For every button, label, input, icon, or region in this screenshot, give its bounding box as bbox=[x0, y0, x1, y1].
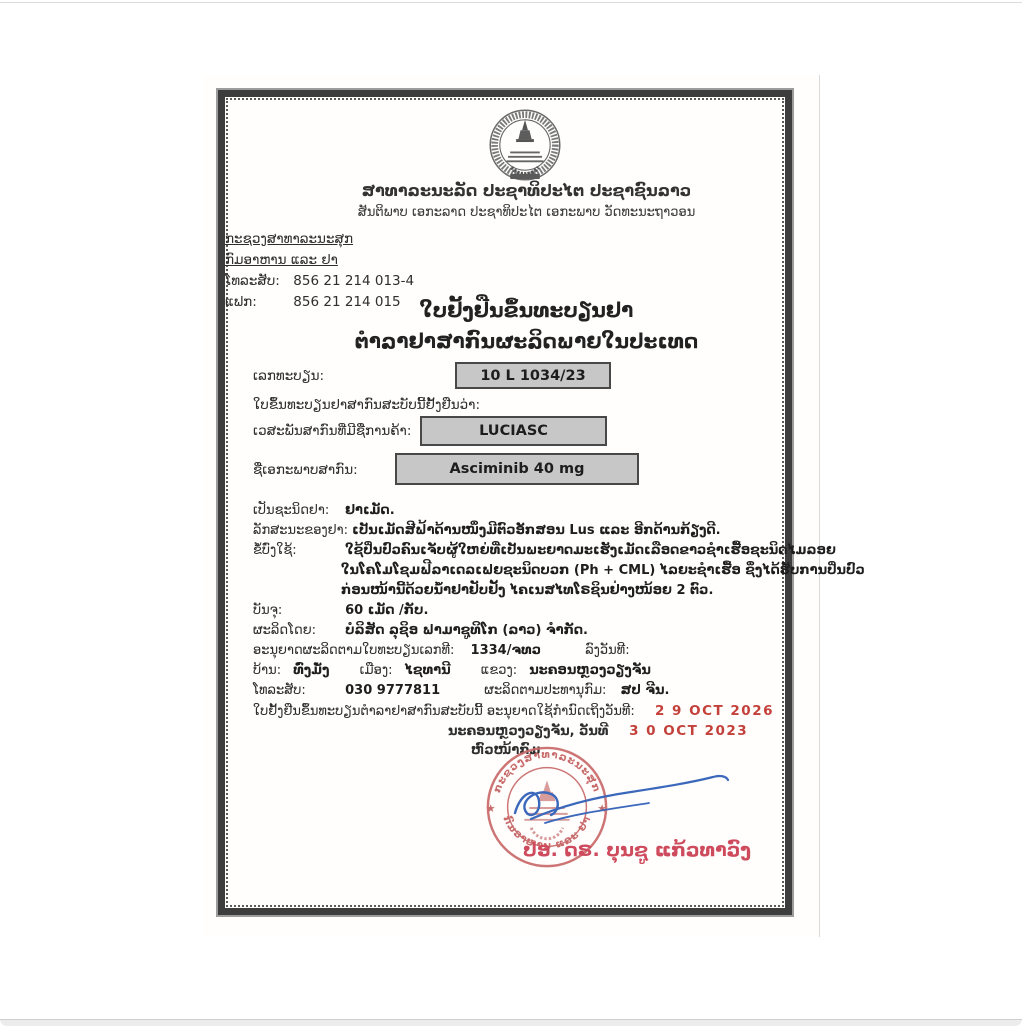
tel-label: ໂທລະສັບ: bbox=[225, 271, 289, 292]
indication-row-cont: ກ່ອນໜ້ານີ້ດ້ວຍນໍ້າຢາຢັບຢັ້ງ ໄຄເນສໄທໂຣຊິນ… bbox=[253, 581, 773, 601]
indication-line1: ໃຊ້ປິ່ນປົວຄົນເຈັບຜູ້ໃຫຍ່ທີ່ເປັນພະຍາດມະເຮ… bbox=[345, 543, 836, 558]
place-date-row: ນະຄອນຫຼວງວຽງຈັນ, ວັນທີ 3 0 OCT 2023 bbox=[448, 721, 773, 741]
appearance-value: ເປັນເມັດສີຟ້າດ້ານໜຶ່ງມີຕົວອັກສອນ Lus ແລະ… bbox=[352, 523, 720, 538]
village-label: ບ້ານ: bbox=[253, 663, 281, 678]
validity-label: ໃບຢັ້ງຢືນຂຶ້ນທະບຽນຕໍາລາຢາສາກົນສະບັບນີ້ ອ… bbox=[253, 704, 635, 719]
country-name: ສາທາລະນະລັດ ປະຊາທິປະໄຕ ປະຊາຊົນລາວ bbox=[243, 181, 810, 200]
appearance-row: ລັກສະນະຂອງຢາ: ເປັນເມັດສີຟ້າດ້ານໜຶ່ງມີຕົວ… bbox=[253, 521, 773, 541]
manufacturer-value: ບໍລິສັດ ລຸຊິອ ຟາມາຊູທິໂກ (ລາວ) ຈໍາກັດ. bbox=[345, 623, 588, 638]
pack-label: ບັນຈຸ: bbox=[253, 601, 341, 621]
license-label: ອະນຸຍາດຜະລິດຕາມໃບທະບຽນເລກທີ: bbox=[253, 643, 454, 658]
license-value: 1334/ຈທວ bbox=[471, 643, 542, 658]
contact-tel-value: 030 9777811 bbox=[345, 683, 440, 698]
indication-label: ຂໍ້ບົ່ງໃຊ້: bbox=[253, 541, 341, 561]
department-name: ກົມອາຫານ ແລະ ຢາ bbox=[225, 250, 414, 271]
province-value: ນະຄອນຫຼວງວຽງຈັນ bbox=[529, 663, 651, 678]
place-date-label: ນະຄອນຫຼວງວຽງຈັນ, ວັນທີ bbox=[448, 724, 609, 739]
dosage-label: ເປັນຊະນິດຢາ: bbox=[253, 501, 341, 521]
stamp-star-left: ★ bbox=[486, 802, 496, 815]
pack-row: ບັນຈຸ: 60 ເມັດ /ກັບ. bbox=[253, 601, 773, 621]
village-value: ທົ່ງມັ່ງ bbox=[293, 663, 329, 678]
window-bottom-edge bbox=[0, 1019, 1022, 1026]
dosage-row: ເປັນຊະນິດຢາ: ຢາເມັດ. bbox=[253, 501, 773, 521]
expiry-date-stamp: 2 9 OCT 2026 bbox=[655, 703, 774, 719]
certificate-title: ໃບຢັ້ງຢືນຂຶ້ນທະບຽນຢາ ຕໍາລາຢາສາກົນຜະລິດພາ… bbox=[243, 295, 810, 357]
signature-ink bbox=[501, 757, 733, 845]
pharmacopoeia-value: ສປ ຈີນ. bbox=[621, 683, 670, 698]
indication-line3: ກ່ອນໜ້ານີ້ດ້ວຍນໍ້າຢາຢັບຢັ້ງ ໄຄເນສໄທໂຣຊິນ… bbox=[341, 583, 713, 598]
indication-line2: ໃນໂຄໂມໂຊມຟີລາເດລເຟຍຊະນິດບວກ (Ph + CML) ໄ… bbox=[341, 563, 865, 578]
generic-name-box: Asciminib 40 mg bbox=[395, 453, 639, 485]
indication-row: ຂໍ້ບົ່ງໃຊ້: ໃຊ້ປິ່ນປົວຄົນເຈັບຜູ້ໃຫຍ່ທີ່ເ… bbox=[253, 541, 773, 561]
pack-value: 60 ເມັດ /ກັບ. bbox=[345, 603, 428, 618]
manufacturer-label: ຜະລິດໂດຍ: bbox=[253, 621, 341, 641]
dosage-value: ຢາເມັດ. bbox=[345, 503, 395, 518]
certificate-details: ເປັນຊະນິດຢາ: ຢາເມັດ. ລັກສະນະຂອງຢາ: ເປັນເ… bbox=[253, 501, 773, 761]
indication-row-cont: ໃນໂຄໂມໂຊມຟີລາເດລເຟຍຊະນິດບວກ (Ph + CML) ໄ… bbox=[253, 561, 773, 581]
tel-value: 856 21 214 013-4 bbox=[293, 273, 414, 289]
certificate-title-line2: ຕໍາລາຢາສາກົນຜະລິດພາຍໃນປະເທດ bbox=[243, 326, 810, 357]
district-value: ໄຊທານີ bbox=[405, 663, 451, 678]
generic-name-label: ຊື່ເອກະພາບສາກົນ: bbox=[253, 462, 358, 478]
lao-national-emblem-icon bbox=[488, 107, 562, 183]
license-date-label: ລົງວັນທີ: bbox=[585, 643, 629, 658]
national-motto: ສັນຕິພາບ ເອກະລາດ ປະຊາທິປະໄຕ ເອກະພາບ ວັດທ… bbox=[243, 205, 810, 220]
contact-tel-label: ໂທລະສັບ: bbox=[253, 681, 341, 701]
trade-name-label: ເວສະພັນສາກົນທີ່ມີຊື່ການຄ້າ: bbox=[253, 423, 411, 439]
district-label: ເມືອງ: bbox=[360, 663, 393, 678]
reg-no-label: ເລກທະບຽນ: bbox=[253, 368, 324, 384]
validity-row: ໃບຢັ້ງຢືນຂຶ້ນທະບຽນຕໍາລາຢາສາກົນສະບັບນີ້ ອ… bbox=[253, 701, 773, 721]
trade-name-box: LUCIASC bbox=[420, 416, 607, 446]
province-label: ແຂວງ: bbox=[481, 663, 517, 678]
ministry-name: ກະຊວງສາທາລະນະສຸກ bbox=[225, 229, 414, 250]
pharmacopoeia-label: ຜະລິດຕາມປະທານຸກົມ: bbox=[484, 683, 606, 698]
address-row: ບ້ານ: ທົ່ງມັ່ງ ເມືອງ: ໄຊທານີ ແຂວງ: ນະຄອນ… bbox=[253, 661, 773, 681]
appearance-label: ລັກສະນະຂອງຢາ: bbox=[253, 521, 348, 541]
window-top-edge bbox=[0, 2, 1022, 3]
license-row: ອະນຸຍາດຜະລິດຕາມໃບທະບຽນເລກທີ: 1334/ຈທວ ລົ… bbox=[253, 641, 773, 661]
screenshot-root: ສາທາລະນະລັດ ປະຊາທິປະໄຕ ປະຊາຊົນລາວ ສັນຕິພ… bbox=[0, 0, 1022, 1026]
reg-no-box: 10 L 1034/23 bbox=[455, 362, 611, 389]
signer-name: ປອ. ດຣ. ບຸນຊູ ແກ້ວທາວົງ bbox=[523, 839, 751, 861]
contact-row: ໂທລະສັບ: 030 9777811 ຜະລິດຕາມປະທານຸກົມ: … bbox=[253, 681, 773, 701]
document-scan-page: ສາທາລະນະລັດ ປະຊາທິປະໄຕ ປະຊາຊົນລາວ ສັນຕິພ… bbox=[203, 75, 820, 937]
ministry-tel-row: ໂທລະສັບ: 856 21 214 013-4 bbox=[225, 271, 414, 292]
issue-date-stamp: 3 0 OCT 2023 bbox=[629, 723, 748, 739]
scan-page-edge bbox=[819, 75, 820, 937]
certify-line: ໃບຂຶ້ນທະບຽນຢາສາກົນສະບັບນີ້ຢັ້ງຢືນວ່າ: bbox=[253, 397, 480, 413]
certificate-title-line1: ໃບຢັ້ງຢືນຂຶ້ນທະບຽນຢາ bbox=[243, 295, 810, 326]
manufacturer-row: ຜະລິດໂດຍ: ບໍລິສັດ ລຸຊິອ ຟາມາຊູທິໂກ (ລາວ)… bbox=[253, 621, 773, 641]
